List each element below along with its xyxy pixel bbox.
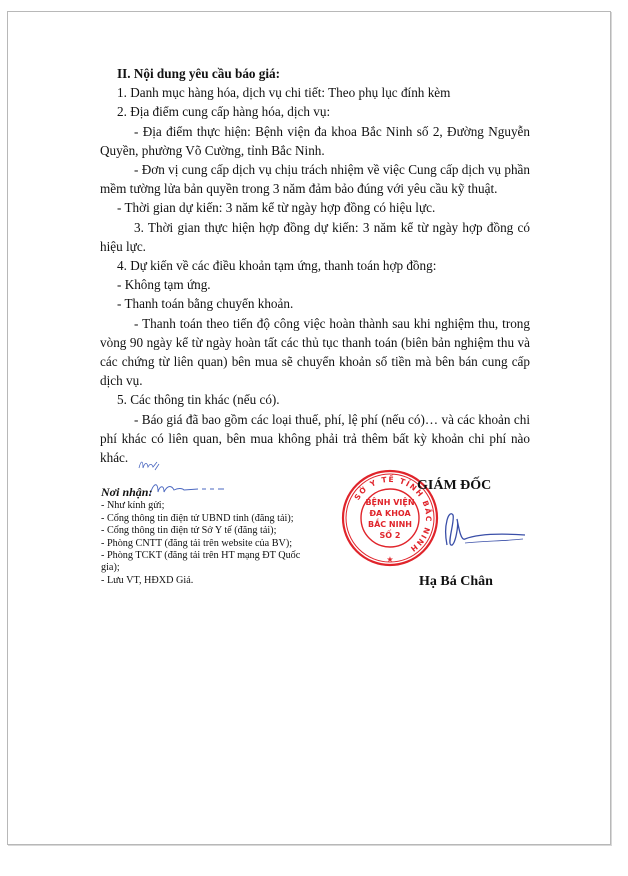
recipient-item: - Phòng CNTT (đăng tải trên website của … [101,538,351,550]
paragraph-item-2: 2. Địa điểm cung cấp hàng hóa, dịch vụ: [117,102,530,121]
director-signature-icon [435,505,535,555]
recipient-item: - Lưu VT, HĐXD Giá. [101,575,351,587]
initial-signature-icon [137,458,163,472]
paragraph-responsibility: - Đơn vị cung cấp dịch vụ chịu trách nhi… [100,160,530,198]
paragraph-transfer: - Thanh toán bằng chuyển khoản. [100,294,530,313]
recipient-item: - Cổng thông tin điện tử UBND tỉnh (đăng… [101,513,351,525]
paragraph-location: - Địa điểm thực hiện: Bệnh viện đa khoa … [100,122,530,160]
paragraph-price-inclusions: - Báo giá đã bao gồm các loại thuế, phí,… [100,410,530,468]
recipients-title: Nơi nhận: [101,486,351,498]
paragraph-item-5: 5. Các thông tin khác (nếu có). [100,390,530,409]
svg-text:★: ★ [386,555,393,564]
paragraph-duration: - Thời gian dự kiến: 3 năm kể từ ngày hợ… [100,198,530,217]
recipient-item: - Phòng TCKT (đăng tải trên HT mạng ĐT Q… [101,550,306,575]
recipient-item: - Cổng thông tin điện tử Sở Y tế (đăng t… [101,525,351,537]
signatory-name: Hạ Bá Chân [419,574,493,590]
svg-text:BẮC NINH: BẮC NINH [368,517,412,529]
recipients-block: Nơi nhận: - Như kính gửi; - Cổng thông t… [101,486,351,587]
svg-text:SỐ 2: SỐ 2 [380,528,401,540]
paragraph-payment-terms: - Thanh toán theo tiến độ công việc hoàn… [100,314,530,391]
section-heading: II. Nội dung yêu cầu báo giá: [117,64,530,83]
signature-title: GIÁM ĐỐC [417,478,491,494]
paragraph-item-3: 3. Thời gian thực hiện hợp đồng dự kiến:… [100,218,530,256]
paragraph-item-1: 1. Danh mục hàng hóa, dịch vụ chi tiết: … [117,83,530,102]
paragraph-item-4: 4. Dự kiến về các điều khoản tạm ứng, th… [100,256,530,275]
svg-text:BỆNH VIỆN: BỆNH VIỆN [365,497,414,507]
svg-text:ĐA KHOA: ĐA KHOA [369,509,411,518]
recipient-item: - Như kính gửi; [101,500,351,512]
paragraph-no-advance: - Không tạm ứng. [100,275,530,294]
document-body: II. Nội dung yêu cầu báo giá: 1. Danh mụ… [117,64,530,467]
